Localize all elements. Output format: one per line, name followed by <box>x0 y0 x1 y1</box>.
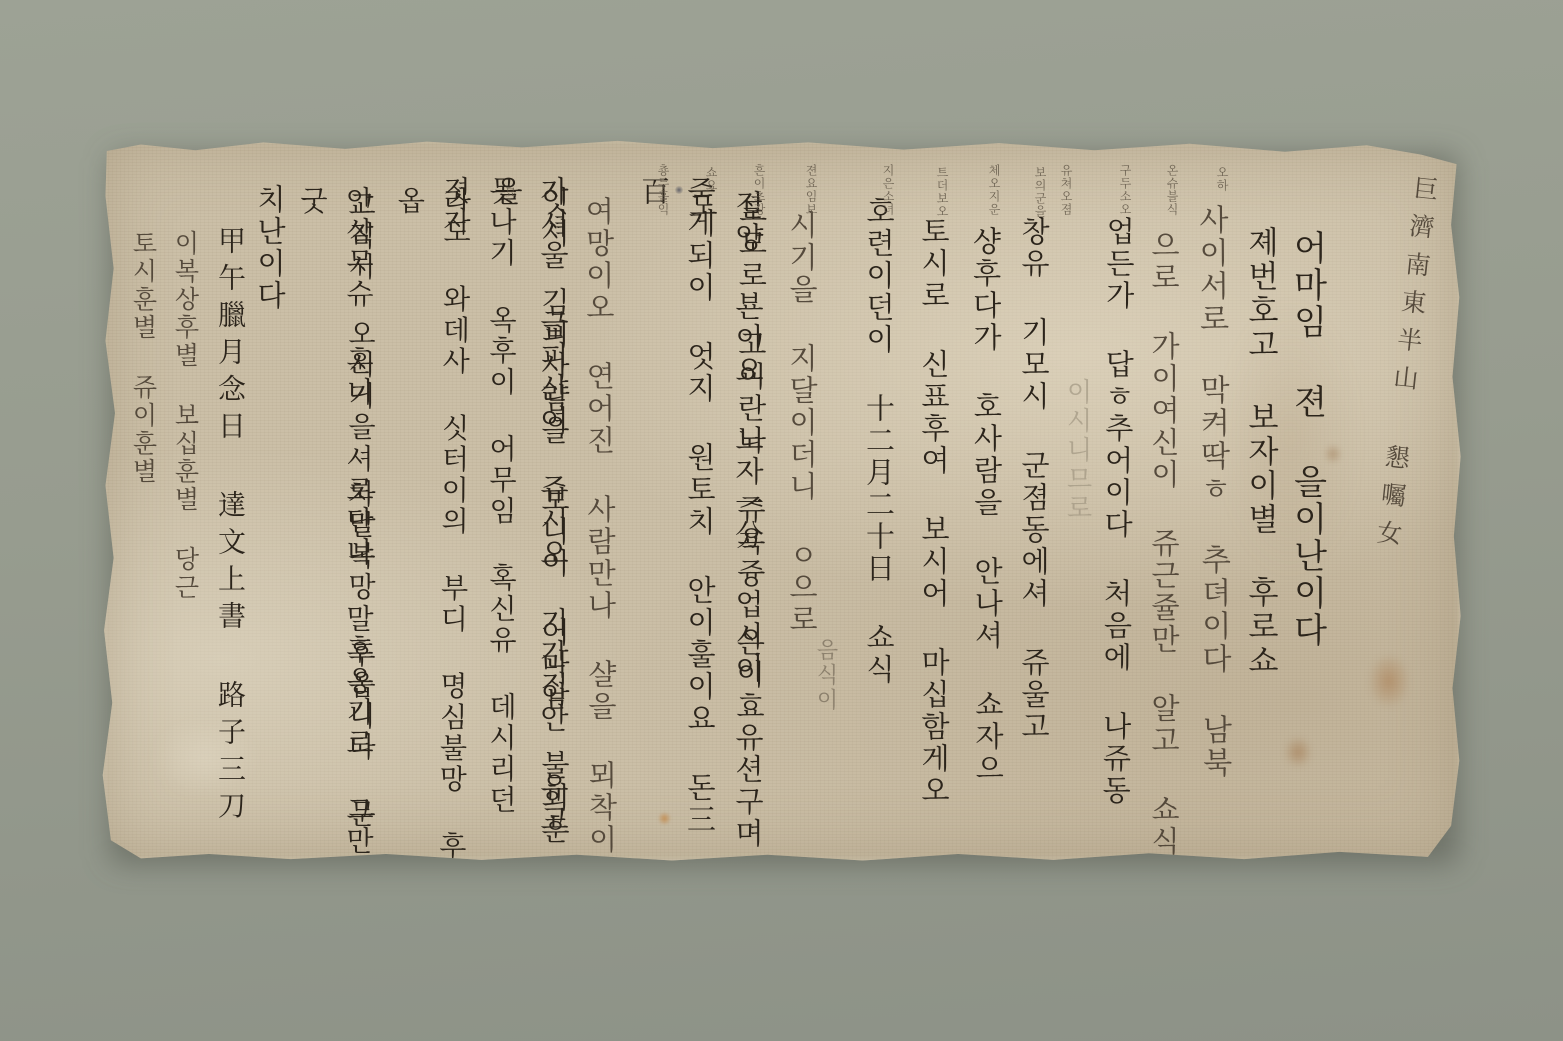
interlinear-note: 구두소오 <box>1103 164 1131 218</box>
interlinear-note: 체오지운 <box>972 164 1000 218</box>
interlinear-note: 쇼요 <box>689 166 717 220</box>
interlinear-note: 젼요임보 <box>789 164 817 218</box>
text-column: 안삼무슈 훈니 셔로단나 말후옹기로 그만굿 <box>289 186 381 876</box>
text-column: 라도 와데사 싯터이의 부디 명심불망 후옵 <box>382 186 479 872</box>
text-column: 호련이던이 十二月二十日 쇼식 <box>856 196 902 856</box>
text-column: 巨濟南東半山 懇囑女 <box>1342 173 1448 755</box>
interlinear-note: 춍두흘익 <box>641 164 669 218</box>
text-column-faded: 음식이 <box>802 638 848 778</box>
photo-scene: 巨濟南東半山 懇囑女 어마임 젼 을이난이다 졔번호고 보자이별 후로쇼 사이서… <box>0 0 1563 1041</box>
interlinear-note: 묘 <box>488 186 516 214</box>
text-column-dateline: 甲午臘月念日 達文上書 路子三刀 <box>207 226 253 856</box>
text-column: 샹후다가 호사람을 안나셔 쇼자으 <box>962 226 1011 866</box>
text-column: 여망이오 연어진 사람만나 샬을 뫼착이 <box>575 196 624 856</box>
letter-paper: 巨濟南東半山 懇囑女 어마임 젼 을이난이다 졔번호고 보자이별 후로쇼 사이서… <box>100 138 1462 862</box>
text-column: 토시로 신표후여 보시어 마십함게오 <box>911 216 957 836</box>
text-column: 죽게되이 엇지 원토치 안이훌이요 돈三百 <box>631 176 723 856</box>
text-column: 으로 가이여신이 쥬근쥴만 알고 쇼식 <box>1141 230 1187 870</box>
text-column: 어마임 젼 을이난이다 <box>1284 230 1330 810</box>
text-column: 토시훈별 쥬이훈별 <box>120 230 166 570</box>
text-column: 치난이다 <box>247 184 293 354</box>
interlinear-note: 지은소녀 <box>866 164 894 218</box>
interlinear-note: 흔이초강 <box>737 164 765 218</box>
interlinear-note: 온슈블식 <box>1150 164 1178 218</box>
interlinear-note: 유쳐오졈 <box>1044 164 1072 218</box>
letter-paper-area: 巨濟南東半山 懇囑女 어마임 젼 을이난이다 졔번호고 보자이별 후로쇼 사이서… <box>100 138 1462 862</box>
interlinear-note: 오하 <box>1200 166 1228 220</box>
text-column: 창유 기모시 군졈동에셔 쥬울고 <box>1011 216 1057 866</box>
text-column: 이복상후별 보십훈별 당근 <box>162 230 208 710</box>
text-column-faded: 이시니므로 <box>1054 378 1100 808</box>
interlinear-note: 트더보오 <box>920 166 948 220</box>
text-column: 사이서로 막켜딱ㅎ 추뎌이다 남북 <box>1187 204 1237 834</box>
text-column: 졔번호고 보자이별 후로쇼 <box>1237 226 1283 866</box>
interlinear-note: 보의군을 <box>1018 166 1046 220</box>
